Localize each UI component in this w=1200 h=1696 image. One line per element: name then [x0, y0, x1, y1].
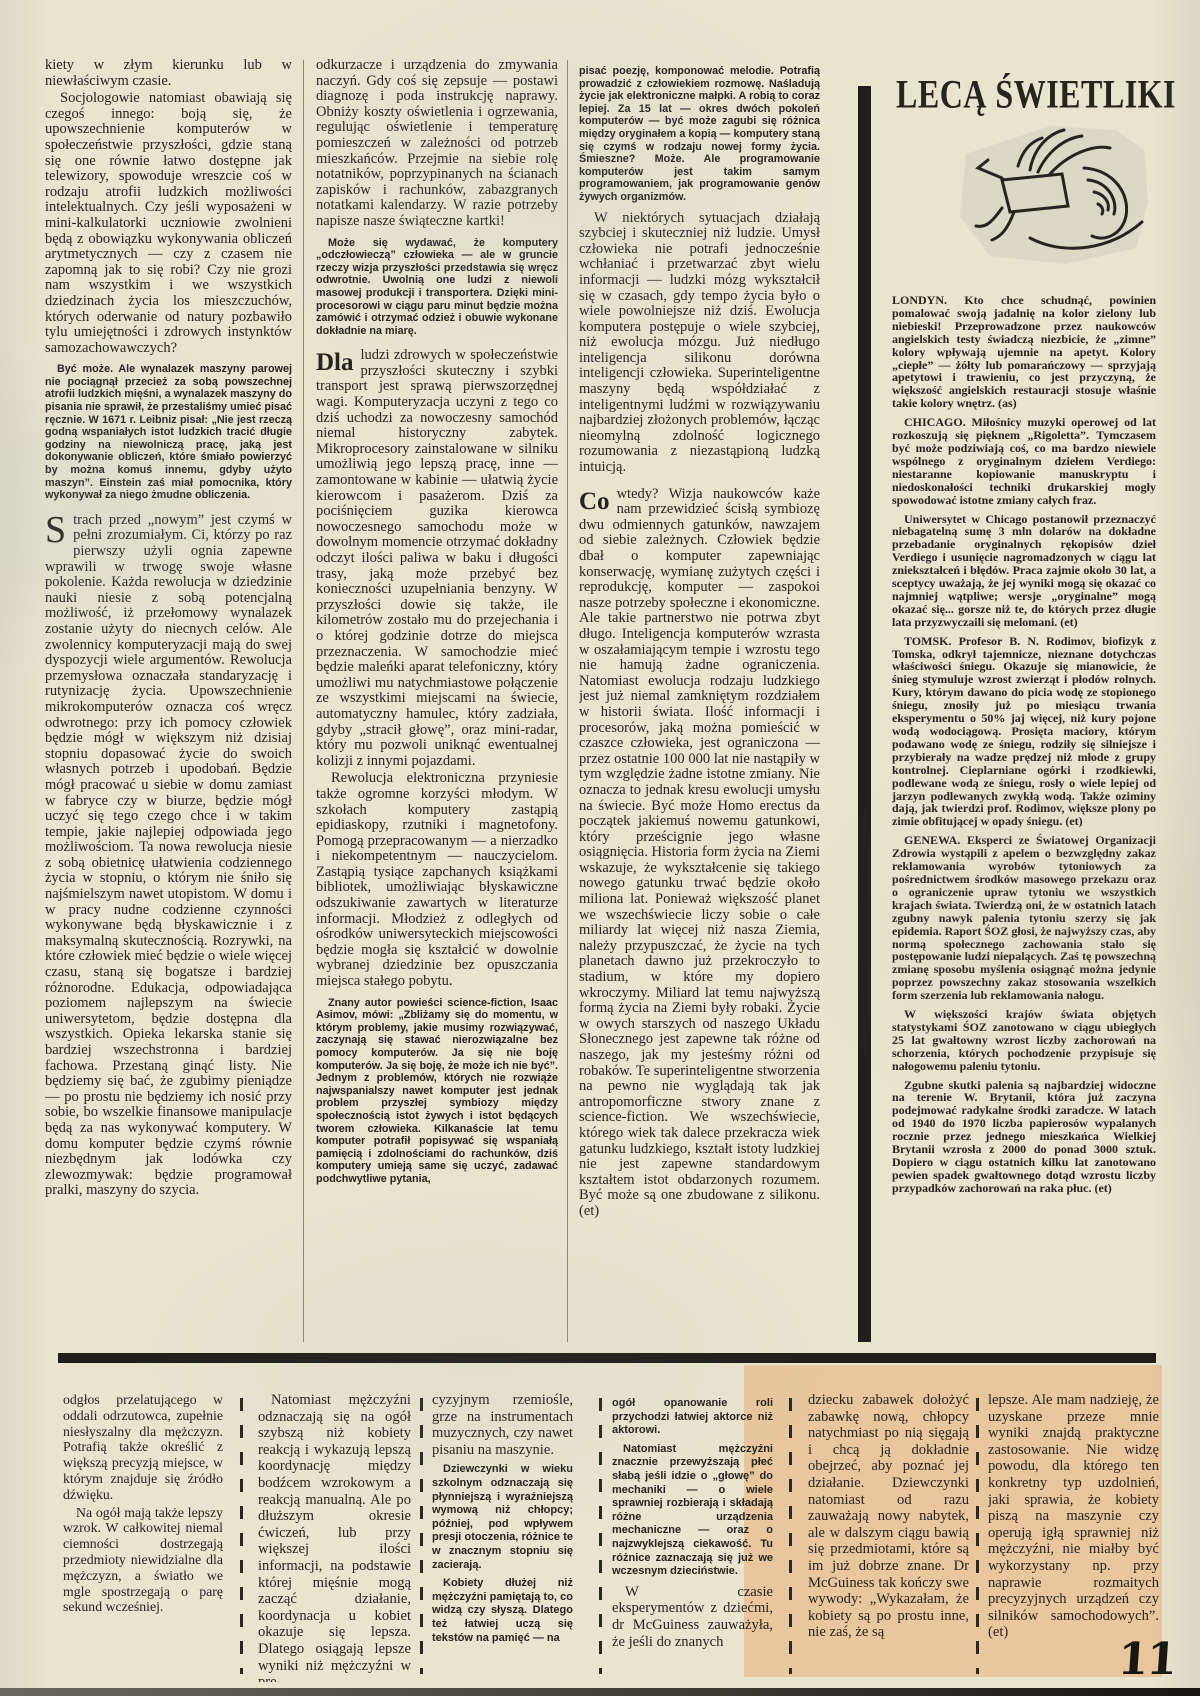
bottom-paragraph: Kobiety dłużej niż mężczyźni pamiętają t… — [432, 1577, 573, 1645]
dashed-column-rule — [789, 1398, 792, 1674]
bottom-paragraph: Dziewczynki w wieku szkolnym odznaczają … — [432, 1463, 573, 1572]
dashed-column-rule — [420, 1398, 423, 1674]
bottom-column-1: odgłos przelatującego w oddali odrzutowc… — [63, 1392, 223, 1682]
bottom-column-5: dziecku zabawek dołożyć zabawkę nową, ch… — [808, 1392, 969, 1682]
dashed-column-rule — [976, 1398, 979, 1674]
bottom-paragraph: Natomiast mężczyźni odznaczają się na og… — [258, 1392, 411, 1682]
bottom-paragraph: lepsze. Ale mam nadzieję, że uzyskane pr… — [988, 1392, 1159, 1641]
news-column-rule-bar — [858, 86, 871, 1342]
article-paragraph: Cowtedy? Wizja naukowców każe nam przewi… — [579, 487, 820, 1220]
news-item: Uniwersytet w Chicago postanowił przezna… — [892, 513, 1156, 629]
article-paragraph: Może się wydawać, że komputery „odczłowi… — [316, 237, 558, 338]
article-paragraph: pisać poezję, komponować melodie. Potraf… — [579, 65, 820, 204]
bottom-column-4: ogół opanowanie roli przychodzi łatwiej … — [612, 1392, 773, 1682]
bottom-column-2: Natomiast mężczyźni odznaczają się na og… — [258, 1392, 411, 1682]
article-paragraph: odkurzacze i urządzenia do zmywania nacz… — [316, 58, 558, 230]
news-item: LONDYN. Kto chce schudnąć, powinien poma… — [892, 294, 1156, 410]
bottom-column-3: cyzyjnym rzemiośle, grze na instrumentac… — [432, 1392, 573, 1682]
dropcap: S — [45, 513, 73, 545]
newspaper-page: kiety w złym kierunku lub w niewłaściwym… — [0, 0, 1200, 1696]
bottom-paragraph: Na ogół mają także lepszy wzrok. W całko… — [63, 1505, 223, 1616]
article-paragraph: Strach przed „nowym” jest czymś w pełni … — [45, 513, 292, 1199]
bottom-paragraph: odgłos przelatującego w oddali odrzutowc… — [63, 1392, 223, 1503]
article-paragraph: Być może. Ale wynalazek maszyny parowej … — [45, 363, 292, 502]
bottom-paragraph: ogół opanowanie roli przychodzi łatwiej … — [612, 1397, 773, 1438]
news-briefs: LONDYN. Kto chce schudnąć, powinien poma… — [892, 294, 1156, 1348]
article-paragraph: Socjologowie natomiast obawiają się czeg… — [45, 91, 292, 356]
column-rule — [303, 60, 304, 1342]
news-item: GENEWA. Eksperci ze Światowej Organizacj… — [892, 834, 1156, 1002]
article-paragraph: Dlaludzi zdrowych w społeczeństwie przys… — [316, 348, 558, 769]
column-rule — [567, 60, 568, 1342]
bottom-paragraph: Natomiast mężczyźni znacznie przewyższaj… — [612, 1443, 773, 1579]
dropcap: Co — [579, 487, 617, 513]
bottom-paragraph: cyzyjnym rzemiośle, grze na instrumentac… — [432, 1392, 573, 1458]
dropcap: Dla — [316, 348, 361, 374]
scan-edge — [0, 1688, 1200, 1696]
bottom-paragraph: dziecku zabawek dołożyć zabawkę nową, ch… — [808, 1392, 969, 1641]
article-paragraph: W niektórych sytuacjach działają szybcie… — [579, 211, 820, 476]
firefly-illustration — [938, 108, 1156, 285]
news-item: TOMSK. Profesor B. N. Rodimov, biofizyk … — [892, 635, 1156, 829]
article-column-1: kiety w złym kierunku lub w niewłaściwym… — [45, 58, 292, 1346]
section-divider-bar — [58, 1353, 1156, 1363]
article-paragraph: Znany autor powieści science-fiction, Is… — [316, 997, 558, 1186]
dashed-column-rule — [240, 1398, 243, 1674]
news-item: Zgubne skutki palenia są najbardziej wid… — [892, 1079, 1156, 1195]
bottom-paragraph: W czasie eksperymentów z dziećmi, dr McG… — [612, 1584, 773, 1650]
page-number: 11 — [1116, 1634, 1177, 1685]
article-column-2: odkurzacze i urządzenia do zmywania nacz… — [316, 58, 558, 1346]
article-paragraph: kiety w złym kierunku lub w niewłaściwym… — [45, 58, 292, 89]
news-item: W większości krajów świata objętych stat… — [892, 1008, 1156, 1073]
article-paragraph: Rewolucja elektroniczna przyniesie także… — [316, 771, 558, 989]
article-column-3: pisać poezję, komponować melodie. Potraf… — [579, 58, 820, 1346]
news-item: CHICAGO. Miłośnicy muzyki operowej od la… — [892, 416, 1156, 506]
dashed-column-rule — [599, 1398, 602, 1674]
